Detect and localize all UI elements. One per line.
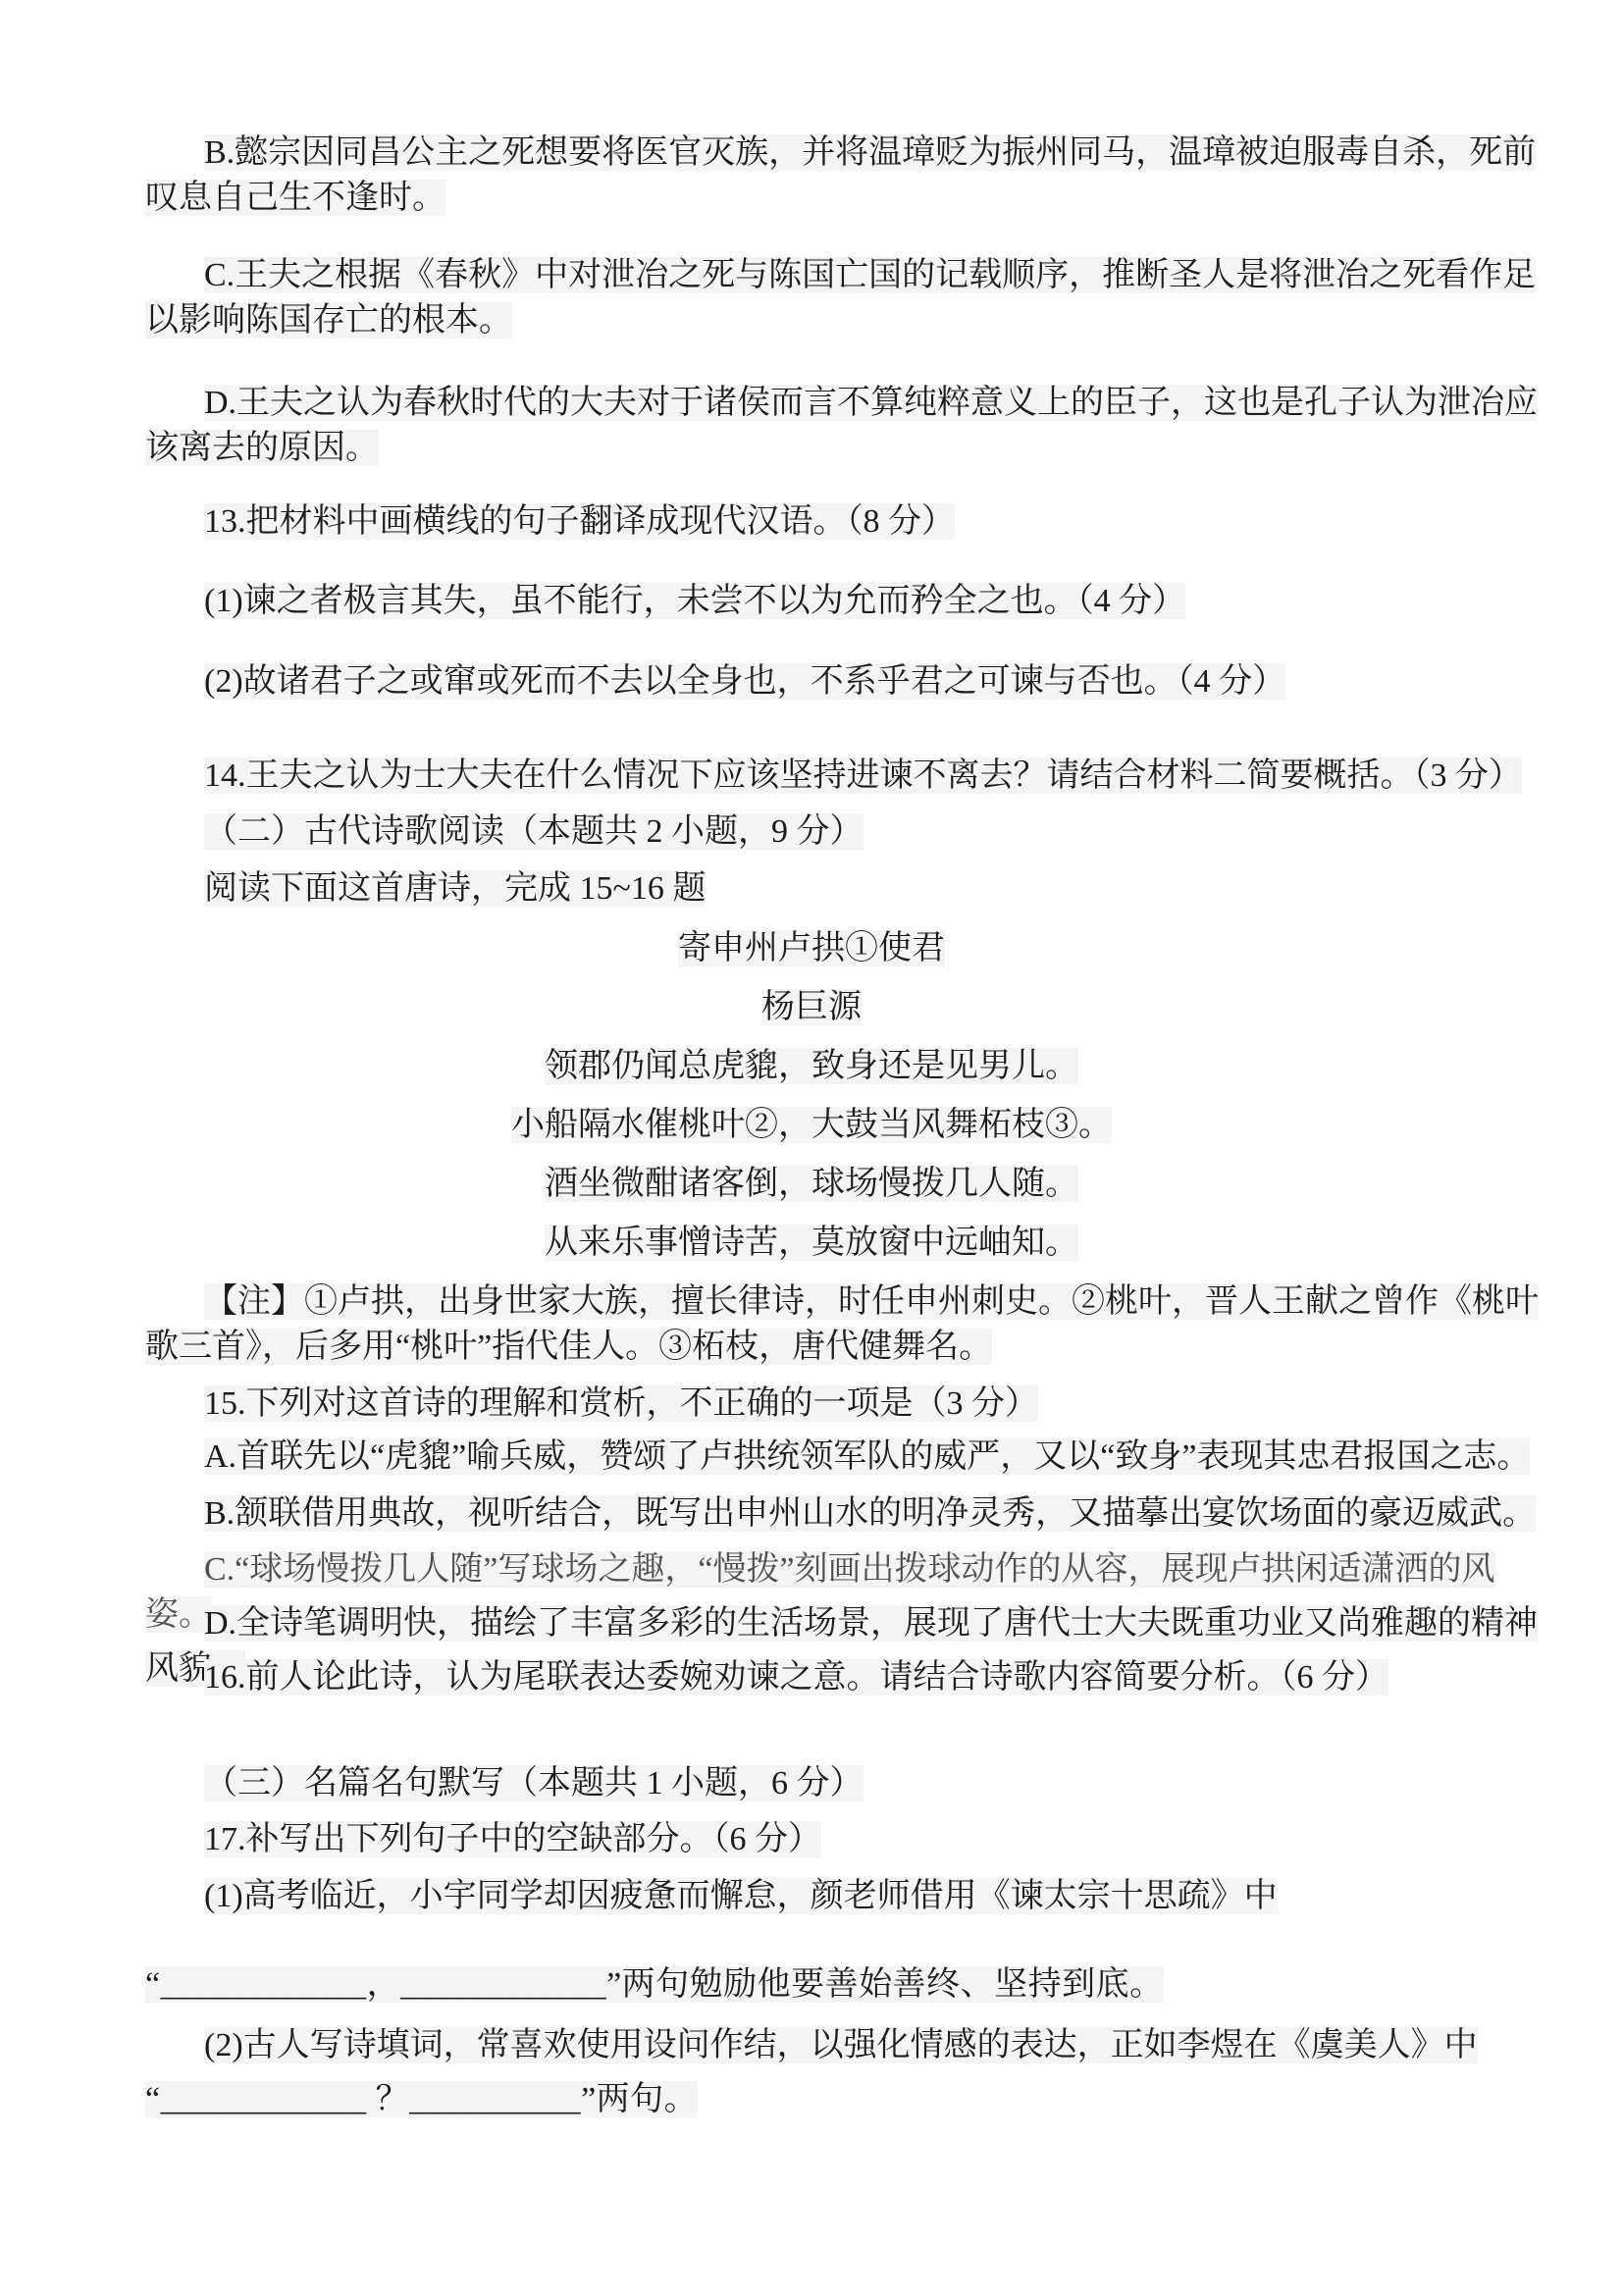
section-3-heading-text: （三）名篇名句默写（本题共 1 小题，6 分） <box>204 1765 864 1801</box>
question-13-part1: (1)谏之者极言其失，虽不能行，未尝不以为允而矜全之也。（4 分） <box>145 579 1543 624</box>
question-16-stem: 16.前人论此诗，认为尾联表达委婉劝谏之意。请结合诗歌内容简要分析。（6 分） <box>145 1655 1543 1700</box>
question-16-stem-text: 16.前人论此诗，认为尾联表达委婉劝谏之意。请结合诗歌内容简要分析。（6 分） <box>204 1659 1388 1696</box>
prev-question-option-d: D.王夫之认为春秋时代的大夫对于诸侯而言不算纯粹意义上的臣子，这也是孔子认为泄冶… <box>145 381 1543 471</box>
question-13-part2-text: (2)故诸君子之或窜或死而不去以全身也，不系乎君之可谏与否也。（4 分） <box>204 663 1285 700</box>
question-15-option-b-text: B.颔联借用典故，视听结合，既写出申州山水的明净灵秀，又描摹出宴饮场面的豪迈威武… <box>204 1495 1536 1532</box>
question-17-part2-blank: “____________ ？__________”两句。 <box>145 2077 1543 2122</box>
option-c-text: C.王夫之根据《春秋》中对泄冶之死与陈国亡国的记载顺序，推断圣人是将泄冶之死看作… <box>145 257 1536 339</box>
section-3-heading: （三）名篇名句默写（本题共 1 小题，6 分） <box>145 1761 1543 1806</box>
option-d-text: D.王夫之认为春秋时代的大夫对于诸侯而言不算纯粹意义上的臣子，这也是孔子认为泄冶… <box>145 385 1538 466</box>
poem-title: 寄申州卢拱①使君 <box>0 926 1623 971</box>
poem-line: 从来乐事憎诗苦，莫放窗中远岫知。 <box>0 1221 1623 1266</box>
question-15-option-b: B.颔联借用典故，视听结合，既写出申州山水的明净灵秀，又描摹出宴饮场面的豪迈威武… <box>145 1491 1543 1537</box>
question-15-stem-text: 15.下列对这首诗的理解和赏析，不正确的一项是（3 分） <box>204 1385 1038 1422</box>
poem-line-3-text: 酒坐微酣诸客倒，球场慢拨几人随。 <box>545 1166 1078 1202</box>
question-17-part1-blank: “____________，____________”两句勉励他要善始善终、坚持… <box>145 1962 1543 2008</box>
poem-intro: 阅读下面这首唐诗，完成 15~16 题 <box>145 866 1543 912</box>
question-15-option-a: A.首联先以“虎貔”喻兵威，赞颂了卢拱统领军队的威严，又以“致身”表现其忠君报国… <box>145 1435 1543 1480</box>
question-15-stem: 15.下列对这首诗的理解和赏析，不正确的一项是（3 分） <box>145 1382 1543 1427</box>
prev-question-option-b: B.懿宗因同昌公主之死想要将医官灭族，并将温璋贬为振州同马，温璋被迫服毒自杀，死… <box>145 130 1543 221</box>
poem-line: 领郡仍闻总虎貔，致身还是见男儿。 <box>0 1044 1623 1089</box>
poem-author-text: 杨巨源 <box>761 989 862 1025</box>
question-13-stem-text: 13.把材料中画横线的句子翻译成现代汉语。（8 分） <box>204 503 955 540</box>
prev-question-option-c: C.王夫之根据《春秋》中对泄冶之死与陈国亡国的记载顺序，推断圣人是将泄冶之死看作… <box>145 253 1543 343</box>
question-13-part2: (2)故诸君子之或窜或死而不去以全身也，不系乎君之可谏与否也。（4 分） <box>145 659 1543 704</box>
poem-line: 小船隔水催桃叶②，大鼓当风舞柘枝③。 <box>0 1103 1623 1148</box>
section-2-heading-text: （二）古代诗歌阅读（本题共 2 小题，9 分） <box>204 813 864 850</box>
section-2-heading: （二）古代诗歌阅读（本题共 2 小题，9 分） <box>145 809 1543 855</box>
poem-intro-text: 阅读下面这首唐诗，完成 15~16 题 <box>204 870 706 907</box>
poem-line: 酒坐微酣诸客倒，球场慢拨几人随。 <box>0 1162 1623 1207</box>
poem-line-2-text: 小船隔水催桃叶②，大鼓当风舞柘枝③。 <box>511 1107 1112 1143</box>
question-17-part2: (2)古人写诗填词，常喜欢使用设问作结，以强化情感的表达，正如李煜在《虞美人》中 <box>145 2023 1543 2068</box>
poem-title-text: 寄申州卢拱①使君 <box>678 930 945 966</box>
question-13-part1-text: (1)谏之者极言其失，虽不能行，未尝不以为允而矜全之也。（4 分） <box>204 583 1185 619</box>
question-17-part1: (1)高考临近，小宇同学却因疲惫而懈怠，颜老师借用《谏太宗十思疏》中 <box>145 1874 1543 1919</box>
question-17-part1-text: (1)高考临近，小宇同学却因疲惫而懈怠，颜老师借用《谏太宗十思疏》中 <box>204 1878 1278 1914</box>
question-15-option-a-text: A.首联先以“虎貔”喻兵威，赞颂了卢拱统领军队的威严，又以“致身”表现其忠君报国… <box>204 1438 1530 1475</box>
option-b-text: B.懿宗因同昌公主之死想要将医官灭族，并将温璋贬为振州同马，温璋被迫服毒自杀，死… <box>145 134 1536 216</box>
question-17-part1-blank-text: “____________，____________”两句勉励他要善始善终、坚持… <box>145 1966 1164 2003</box>
question-17-stem: 17.补写出下列句子中的空缺部分。（6 分） <box>145 1817 1543 1862</box>
exam-page: B.懿宗因同昌公主之死想要将医官灭族，并将温璋贬为振州同马，温璋被迫服毒自杀，死… <box>0 0 1623 2296</box>
question-13-stem: 13.把材料中画横线的句子翻译成现代汉语。（8 分） <box>145 499 1543 545</box>
question-17-part2-text: (2)古人写诗填词，常喜欢使用设问作结，以强化情感的表达，正如李煜在《虞美人》中 <box>204 2027 1478 2063</box>
poem-note: 【注】①卢拱，出身世家大族，擅长律诗，时任申州刺史。②桃叶，晋人王献之曾作《桃叶… <box>145 1279 1543 1370</box>
question-17-stem-text: 17.补写出下列句子中的空缺部分。（6 分） <box>204 1821 821 1857</box>
question-14-stem: 14.王夫之认为士大夫在什么情况下应该坚持进谏不离去？请结合材料二简要概括。（3… <box>145 754 1543 799</box>
poem-line-4-text: 从来乐事憎诗苦，莫放窗中远岫知。 <box>545 1225 1078 1261</box>
poem-line-1-text: 领郡仍闻总虎貔，致身还是见男儿。 <box>545 1048 1078 1084</box>
question-14-stem-text: 14.王夫之认为士大夫在什么情况下应该坚持进谏不离去？请结合材料二简要概括。（3… <box>204 757 1522 794</box>
poem-author: 杨巨源 <box>0 985 1623 1030</box>
poem-note-text: 【注】①卢拱，出身世家大族，擅长律诗，时任申州刺史。②桃叶，晋人王献之曾作《桃叶… <box>145 1283 1539 1365</box>
question-17-part2-blank-text: “____________ ？__________”两句。 <box>145 2081 698 2117</box>
